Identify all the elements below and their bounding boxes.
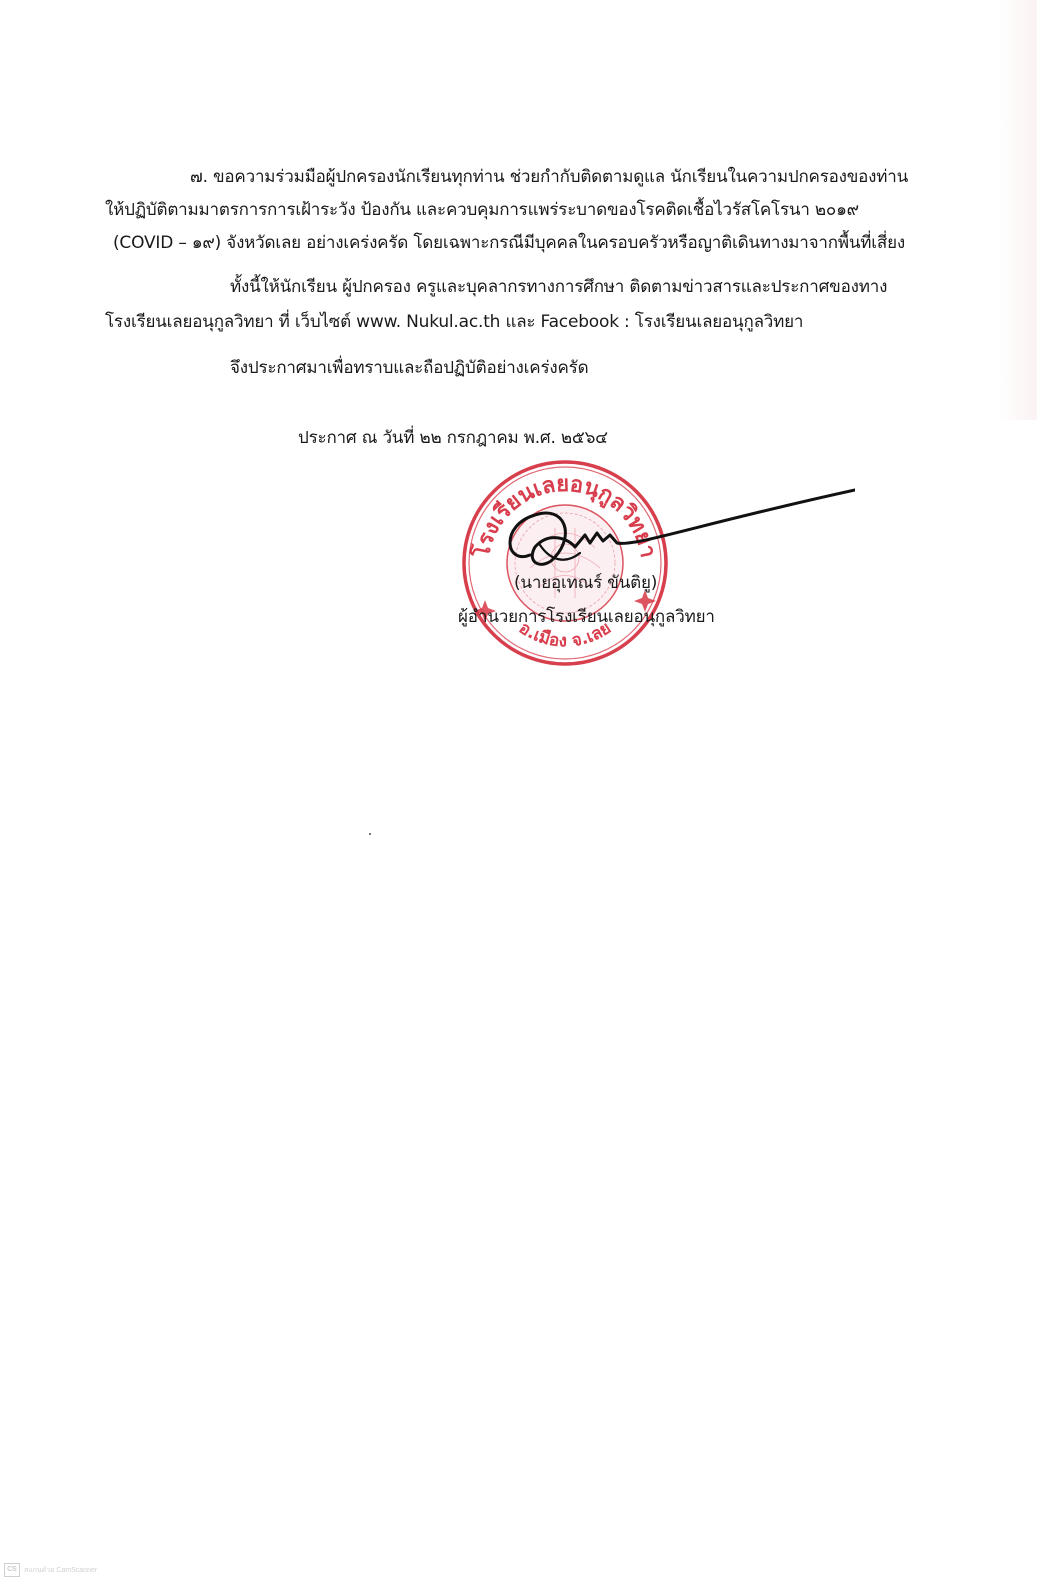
info-paragraph-line-1: ทั้งนี้ให้นักเรียน ผู้ปกครอง ครูและบุคลา… xyxy=(230,276,887,298)
signer-name: (นายอุเทณร์ ขันติยู) xyxy=(514,572,657,594)
announcement-date: ประกาศ ณ วันที่ ๒๒ กรกฎาคม พ.ศ. ๒๕๖๔ xyxy=(298,427,608,449)
paragraph-7-line-1: ๗. ขอความร่วมมือผู้ปกครองนักเรียนทุกท่าน… xyxy=(190,166,908,188)
paragraph-7-line-2: ให้ปฏิบัติตามมาตรการการเฝ้าระวัง ป้องกัน… xyxy=(105,199,859,221)
scan-edge-tint xyxy=(997,0,1037,420)
document-page: ๗. ขอความร่วมมือผู้ปกครองนักเรียนทุกท่าน… xyxy=(0,0,1037,1579)
closing-statement: จึงประกาศมาเพื่อทราบและถือปฏิบัติอย่างเค… xyxy=(230,357,588,379)
scan-speck xyxy=(369,833,371,835)
info-paragraph-line-2: โรงเรียนเลยอนุกูลวิทยา ที่ เว็บไซต์ www.… xyxy=(105,311,803,333)
camscanner-logo-icon: CS xyxy=(4,1563,20,1577)
camscanner-watermark: CS สแกนด้วย CamScanner xyxy=(4,1563,97,1577)
signer-title: ผู้อำนวยการโรงเรียนเลยอนุกูลวิทยา xyxy=(458,606,715,628)
paragraph-7-line-3: (COVID – ๑๙) จังหวัดเลย อย่างเคร่งครัด โ… xyxy=(113,232,905,254)
camscanner-text: สแกนด้วย CamScanner xyxy=(24,1565,97,1576)
